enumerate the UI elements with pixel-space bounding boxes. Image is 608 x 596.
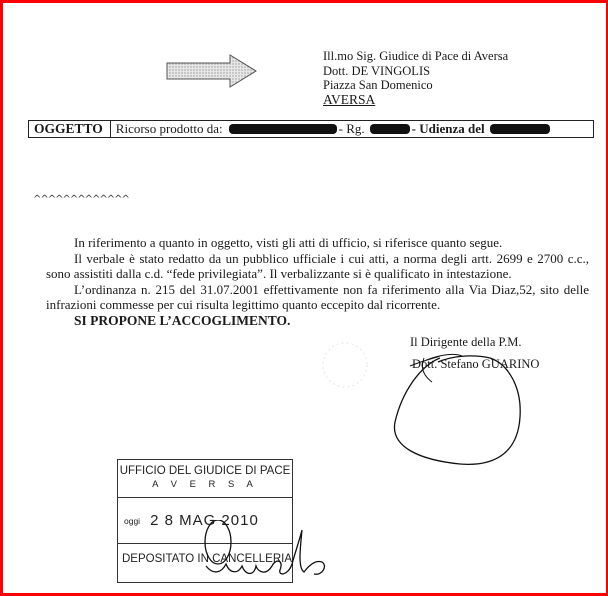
faint-stamp-mark — [305, 335, 385, 395]
arrow-right-icon — [166, 54, 258, 88]
recipient-city: AVERSA — [323, 93, 508, 108]
clerk-signature — [196, 520, 346, 590]
stamp-header: UFFICIO DEL GIUDICE DI PACE A V E R S A — [118, 460, 292, 498]
redaction-rg — [370, 124, 410, 134]
subject-label: OGGETTO — [29, 121, 111, 137]
subject-body: Ricorso prodotto da: - Rg. - Udienza del — [111, 121, 552, 137]
subject-rg-label: - Rg. — [339, 121, 365, 137]
recipient-address: Ill.mo Sig. Giudice di Pace di Aversa Do… — [323, 49, 508, 107]
subject-prefix: Ricorso prodotto da: — [116, 121, 223, 137]
paragraph-3: L’ordinanza n. 215 del 31.07.2001 effett… — [46, 282, 589, 313]
stamp-today-label: oggi — [124, 516, 140, 526]
conclusion: SI PROPONE L’ACCOGLIMENTO. — [46, 313, 589, 329]
recipient-line1: Ill.mo Sig. Giudice di Pace di Aversa — [323, 49, 508, 64]
subject-hearing-label: - Udienza del — [412, 121, 485, 137]
recipient-line2: Dott. DE VINGOLIS — [323, 64, 508, 79]
paragraph-2: Il verbale è stato redatto da un pubblic… — [46, 251, 589, 282]
stamp-office: UFFICIO DEL GIUDICE DI PACE — [118, 464, 292, 478]
redaction-name — [229, 124, 337, 134]
recipient-line3: Piazza San Domenico — [323, 78, 508, 93]
signature-title: Il Dirigente della P.M. — [410, 331, 539, 353]
stamp-city: A V E R S A — [118, 478, 292, 492]
separator-line: ^^^^^^^^^^^^^ — [33, 194, 129, 205]
body-text: In riferimento a quanto in oggetto, vist… — [46, 235, 589, 329]
paragraph-1: In riferimento a quanto in oggetto, vist… — [46, 235, 589, 251]
redaction-hearing-date — [490, 124, 550, 134]
handwritten-signature — [380, 352, 540, 470]
subject-box: OGGETTO Ricorso prodotto da: - Rg. - Udi… — [28, 120, 594, 138]
